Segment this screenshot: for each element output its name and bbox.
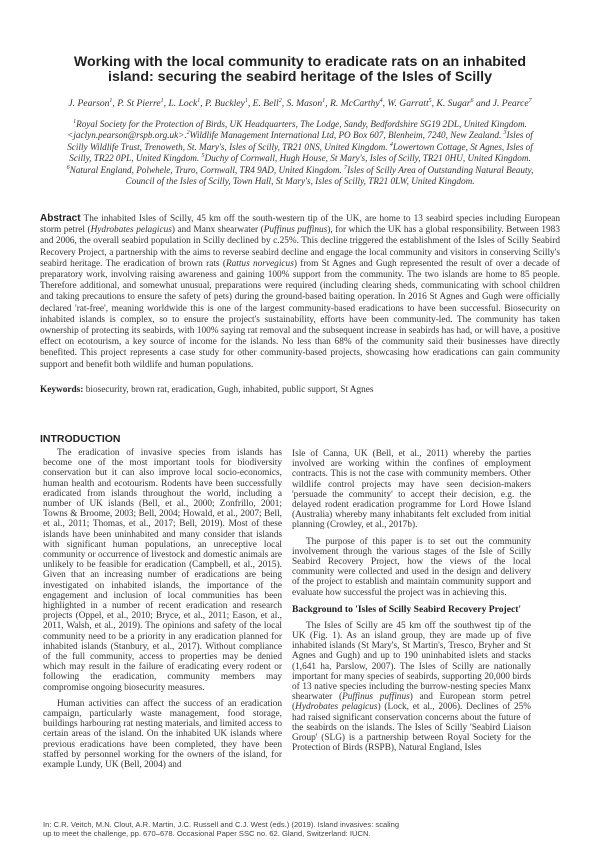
paper-title: Working with the local community to erad… (40, 55, 560, 85)
author-name: J. Pearce (493, 98, 529, 109)
author-list: J. Pearson1, P. St Pierre1, L. Lock1, P.… (20, 98, 580, 110)
text-run: ) and Manx shearwater ( (172, 225, 264, 235)
citation-line-2: up to meet the challenge, pp. 670–678. O… (43, 829, 563, 838)
left-column: The eradication of invasive species from… (43, 448, 282, 776)
affiliation-text: Natural England, Polwhele, Truro, Cornwa… (70, 165, 345, 175)
citation-line-1: In: C.R. Veitch, M.N. Clout, A.R. Martin… (43, 820, 563, 829)
author-name: R. McCarthy (330, 98, 380, 109)
author-name: P. St Pierre (117, 98, 160, 109)
abstract-body: The inhabited Isles of Scilly, 45 km off… (40, 214, 560, 370)
author-name: S. Mason (287, 98, 323, 109)
paper-page: Working with the local community to erad… (0, 0, 600, 849)
title-line-2: island: securing the seabird heritage of… (40, 70, 560, 85)
author-name: L. Lock (168, 98, 197, 109)
intro-paragraph-2: Human activities can affect the success … (43, 699, 282, 770)
section-heading-background: Background to 'Isles of Scilly Seabird R… (292, 604, 531, 615)
species-name: Puffinus puffinus (342, 692, 410, 702)
affiliation-marker: 2 (279, 98, 282, 104)
text-run: The Isles of Scilly are 45 km off the so… (292, 621, 531, 702)
author-name: E. Bell (253, 98, 279, 109)
affiliation-marker: 5 (429, 98, 432, 104)
intro-paragraph-continued: Isle of Canna, UK (Bell, et al., 2011) w… (292, 449, 531, 531)
affiliation-marker: 6 (471, 98, 474, 104)
citation-footer: In: C.R. Veitch, M.N. Clout, A.R. Martin… (43, 820, 563, 839)
species-name: Rattus norvegicus (226, 259, 294, 269)
affiliation-marker: 1 (109, 98, 112, 104)
section-heading-introduction: INTRODUCTION (40, 433, 121, 445)
affiliation-marker: 1 (197, 98, 200, 104)
background-paragraph-1: The Isles of Scilly are 45 km off the so… (292, 621, 531, 754)
intro-paragraph-purpose: The purpose of this paper is to set out … (292, 537, 531, 598)
affiliation-marker: 1 (322, 98, 325, 104)
author-name: J. Pearson (68, 98, 109, 109)
text-run: ) from St Agnes and Gugh represented the… (40, 259, 560, 370)
abstract-label: Abstract (40, 213, 81, 224)
affiliation-marker: 4 (380, 98, 383, 104)
keywords-list: biosecurity, brown rat, eradication, Gug… (83, 385, 373, 395)
species-name: Hydrobates pelagicus (91, 225, 172, 235)
affiliation-marker: 1 (245, 98, 248, 104)
keywords-label: Keywords: (40, 385, 83, 395)
species-name: Puffinus puffinus (264, 225, 328, 235)
affiliations: 1Royal Society for the Protection of Bir… (58, 119, 542, 187)
affiliation-text: Wildlife Management International Ltd, P… (190, 130, 504, 140)
affiliation-text: Duchy of Cornwall, Hugh House, St Mary's… (204, 153, 530, 163)
abstract: Abstract The inhabited Isles of Scilly, … (40, 213, 560, 371)
intro-paragraph-1: The eradication of invasive species from… (43, 448, 282, 693)
species-name: Hydrobates pelagicus (295, 702, 377, 712)
author-name: W. Garratt (387, 98, 428, 109)
affiliation-marker: 1 (161, 98, 164, 104)
author-name: K. Sugar (436, 98, 470, 109)
author-name: P. Buckley (205, 98, 245, 109)
keywords: Keywords: biosecurity, brown rat, eradic… (40, 385, 560, 396)
right-column: Isle of Canna, UK (Bell, et al., 2011) w… (292, 449, 531, 759)
affiliation-marker: 7 (529, 98, 532, 104)
title-line-1: Working with the local community to erad… (40, 55, 560, 70)
